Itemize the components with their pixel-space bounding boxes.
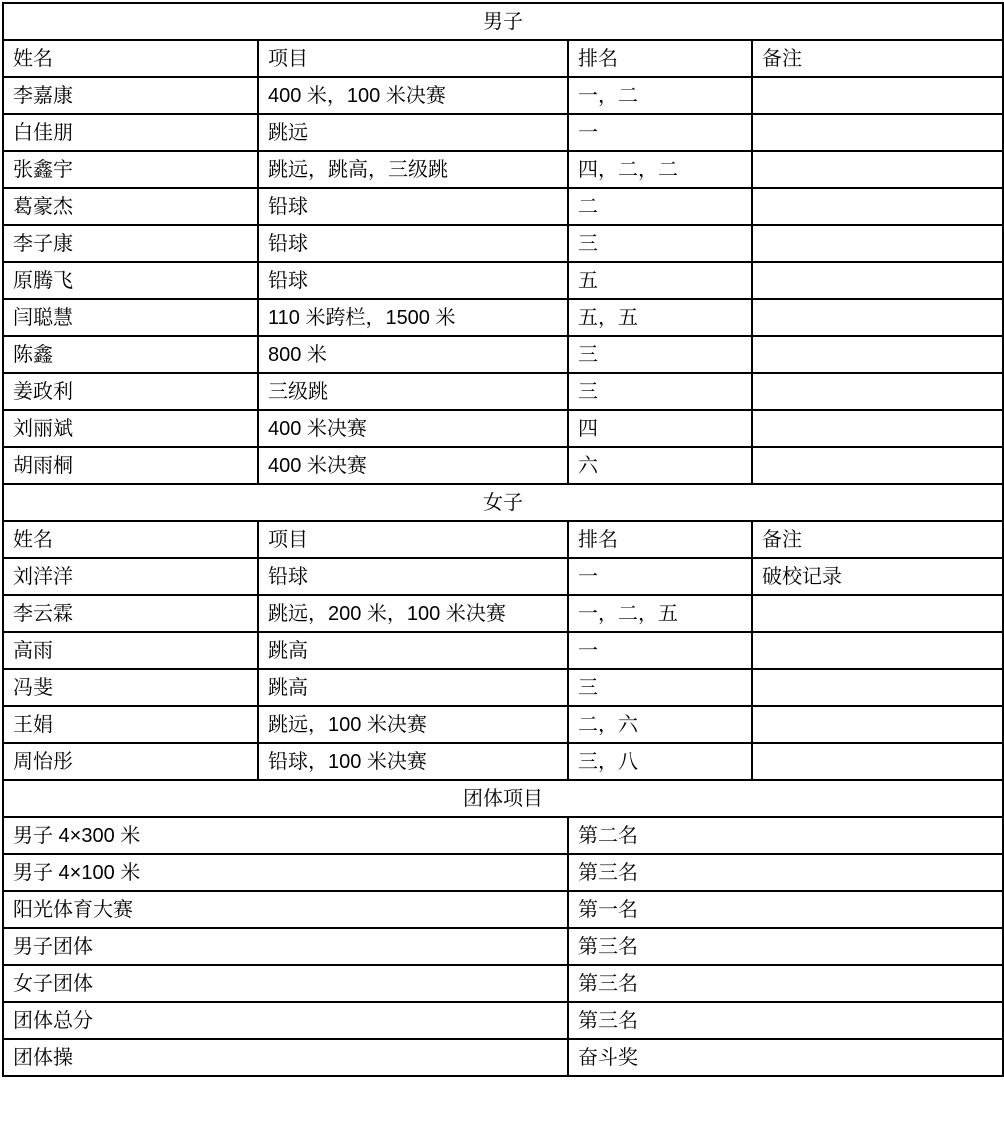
result-row: 高雨跳高一 [3, 632, 1003, 669]
name-cell: 高雨 [3, 632, 258, 669]
team-rank-cell: 第三名 [568, 1002, 1003, 1039]
column-header-row: 姓名项目排名备注 [3, 521, 1003, 558]
event-cell: 400 米，100 米决赛 [258, 77, 568, 114]
column-header-row: 姓名项目排名备注 [3, 40, 1003, 77]
event-cell: 跳远，200 米，100 米决赛 [258, 595, 568, 632]
team-rank-cell: 第三名 [568, 928, 1003, 965]
result-row: 刘洋洋铅球一破校记录 [3, 558, 1003, 595]
document-page: 男子姓名项目排名备注李嘉康400 米，100 米决赛一，二白佳朋跳远一张鑫宇跳远… [0, 0, 1004, 1132]
team-event-cell: 团体总分 [3, 1002, 568, 1039]
section-title-row: 团体项目 [3, 780, 1003, 817]
note-cell [752, 225, 1003, 262]
name-cell: 陈鑫 [3, 336, 258, 373]
name-cell: 李云霖 [3, 595, 258, 632]
team-rank-cell: 第一名 [568, 891, 1003, 928]
team-result-row: 男子 4×100 米第三名 [3, 854, 1003, 891]
column-header: 排名 [568, 40, 752, 77]
note-cell [752, 447, 1003, 484]
event-cell: 110 米跨栏，1500 米 [258, 299, 568, 336]
event-cell: 铅球，100 米决赛 [258, 743, 568, 780]
note-cell [752, 595, 1003, 632]
event-cell: 三级跳 [258, 373, 568, 410]
rank-cell: 二 [568, 188, 752, 225]
team-event-cell: 男子团体 [3, 928, 568, 965]
note-cell: 破校记录 [752, 558, 1003, 595]
note-cell [752, 114, 1003, 151]
team-result-row: 团体操奋斗奖 [3, 1039, 1003, 1076]
section-title: 团体项目 [3, 780, 1003, 817]
team-event-cell: 阳光体育大赛 [3, 891, 568, 928]
team-rank-cell: 第三名 [568, 965, 1003, 1002]
column-header: 备注 [752, 40, 1003, 77]
name-cell: 白佳朋 [3, 114, 258, 151]
event-cell: 跳远，100 米决赛 [258, 706, 568, 743]
note-cell [752, 77, 1003, 114]
team-rank-cell: 第三名 [568, 854, 1003, 891]
event-cell: 400 米决赛 [258, 410, 568, 447]
name-cell: 刘洋洋 [3, 558, 258, 595]
note-cell [752, 188, 1003, 225]
event-cell: 跳高 [258, 632, 568, 669]
result-row: 白佳朋跳远一 [3, 114, 1003, 151]
result-row: 王娟跳远，100 米决赛二，六 [3, 706, 1003, 743]
rank-cell: 一 [568, 632, 752, 669]
name-cell: 姜政利 [3, 373, 258, 410]
team-event-cell: 女子团体 [3, 965, 568, 1002]
note-cell [752, 706, 1003, 743]
column-header: 姓名 [3, 521, 258, 558]
section-title-row: 男子 [3, 3, 1003, 40]
name-cell: 原腾飞 [3, 262, 258, 299]
name-cell: 张鑫宇 [3, 151, 258, 188]
note-cell [752, 743, 1003, 780]
column-header: 备注 [752, 521, 1003, 558]
rank-cell: 六 [568, 447, 752, 484]
event-cell: 跳远，跳高，三级跳 [258, 151, 568, 188]
column-header: 排名 [568, 521, 752, 558]
note-cell [752, 632, 1003, 669]
event-cell: 铅球 [258, 262, 568, 299]
rank-cell: 五，五 [568, 299, 752, 336]
rank-cell: 三 [568, 336, 752, 373]
team-result-row: 团体总分第三名 [3, 1002, 1003, 1039]
name-cell: 王娟 [3, 706, 258, 743]
rank-cell: 四，二，二 [568, 151, 752, 188]
result-row: 姜政利三级跳三 [3, 373, 1003, 410]
event-cell: 铅球 [258, 188, 568, 225]
rank-cell: 三 [568, 373, 752, 410]
rank-cell: 三 [568, 225, 752, 262]
team-result-row: 阳光体育大赛第一名 [3, 891, 1003, 928]
rank-cell: 三 [568, 669, 752, 706]
team-event-cell: 男子 4×300 米 [3, 817, 568, 854]
note-cell [752, 151, 1003, 188]
note-cell [752, 373, 1003, 410]
name-cell: 闫聪慧 [3, 299, 258, 336]
team-result-row: 女子团体第三名 [3, 965, 1003, 1002]
rank-cell: 三，八 [568, 743, 752, 780]
name-cell: 李嘉康 [3, 77, 258, 114]
name-cell: 胡雨桐 [3, 447, 258, 484]
note-cell [752, 262, 1003, 299]
rank-cell: 一，二，五 [568, 595, 752, 632]
team-event-cell: 团体操 [3, 1039, 568, 1076]
team-rank-cell: 第二名 [568, 817, 1003, 854]
rank-cell: 二，六 [568, 706, 752, 743]
column-header: 姓名 [3, 40, 258, 77]
note-cell [752, 299, 1003, 336]
event-cell: 跳远 [258, 114, 568, 151]
result-row: 张鑫宇跳远，跳高，三级跳四，二，二 [3, 151, 1003, 188]
column-header: 项目 [258, 40, 568, 77]
team-result-row: 男子团体第三名 [3, 928, 1003, 965]
result-row: 刘丽斌400 米决赛四 [3, 410, 1003, 447]
result-row: 李嘉康400 米，100 米决赛一，二 [3, 77, 1003, 114]
rank-cell: 一，二 [568, 77, 752, 114]
team-rank-cell: 奋斗奖 [568, 1039, 1003, 1076]
result-row: 冯斐跳高三 [3, 669, 1003, 706]
column-header: 项目 [258, 521, 568, 558]
name-cell: 李子康 [3, 225, 258, 262]
results-table-body: 男子姓名项目排名备注李嘉康400 米，100 米决赛一，二白佳朋跳远一张鑫宇跳远… [3, 3, 1003, 1076]
rank-cell: 四 [568, 410, 752, 447]
result-row: 李云霖跳远，200 米，100 米决赛一，二，五 [3, 595, 1003, 632]
results-table: 男子姓名项目排名备注李嘉康400 米，100 米决赛一，二白佳朋跳远一张鑫宇跳远… [2, 2, 1004, 1077]
section-title-row: 女子 [3, 484, 1003, 521]
result-row: 闫聪慧110 米跨栏，1500 米五，五 [3, 299, 1003, 336]
event-cell: 400 米决赛 [258, 447, 568, 484]
note-cell [752, 410, 1003, 447]
name-cell: 周怡彤 [3, 743, 258, 780]
event-cell: 铅球 [258, 558, 568, 595]
result-row: 葛豪杰铅球二 [3, 188, 1003, 225]
result-row: 胡雨桐400 米决赛六 [3, 447, 1003, 484]
team-event-cell: 男子 4×100 米 [3, 854, 568, 891]
section-title: 女子 [3, 484, 1003, 521]
section-title: 男子 [3, 3, 1003, 40]
result-row: 周怡彤铅球，100 米决赛三，八 [3, 743, 1003, 780]
result-row: 原腾飞铅球五 [3, 262, 1003, 299]
name-cell: 刘丽斌 [3, 410, 258, 447]
result-row: 李子康铅球三 [3, 225, 1003, 262]
note-cell [752, 669, 1003, 706]
event-cell: 铅球 [258, 225, 568, 262]
team-result-row: 男子 4×300 米第二名 [3, 817, 1003, 854]
rank-cell: 一 [568, 114, 752, 151]
event-cell: 跳高 [258, 669, 568, 706]
note-cell [752, 336, 1003, 373]
name-cell: 葛豪杰 [3, 188, 258, 225]
rank-cell: 一 [568, 558, 752, 595]
name-cell: 冯斐 [3, 669, 258, 706]
event-cell: 800 米 [258, 336, 568, 373]
rank-cell: 五 [568, 262, 752, 299]
result-row: 陈鑫800 米三 [3, 336, 1003, 373]
